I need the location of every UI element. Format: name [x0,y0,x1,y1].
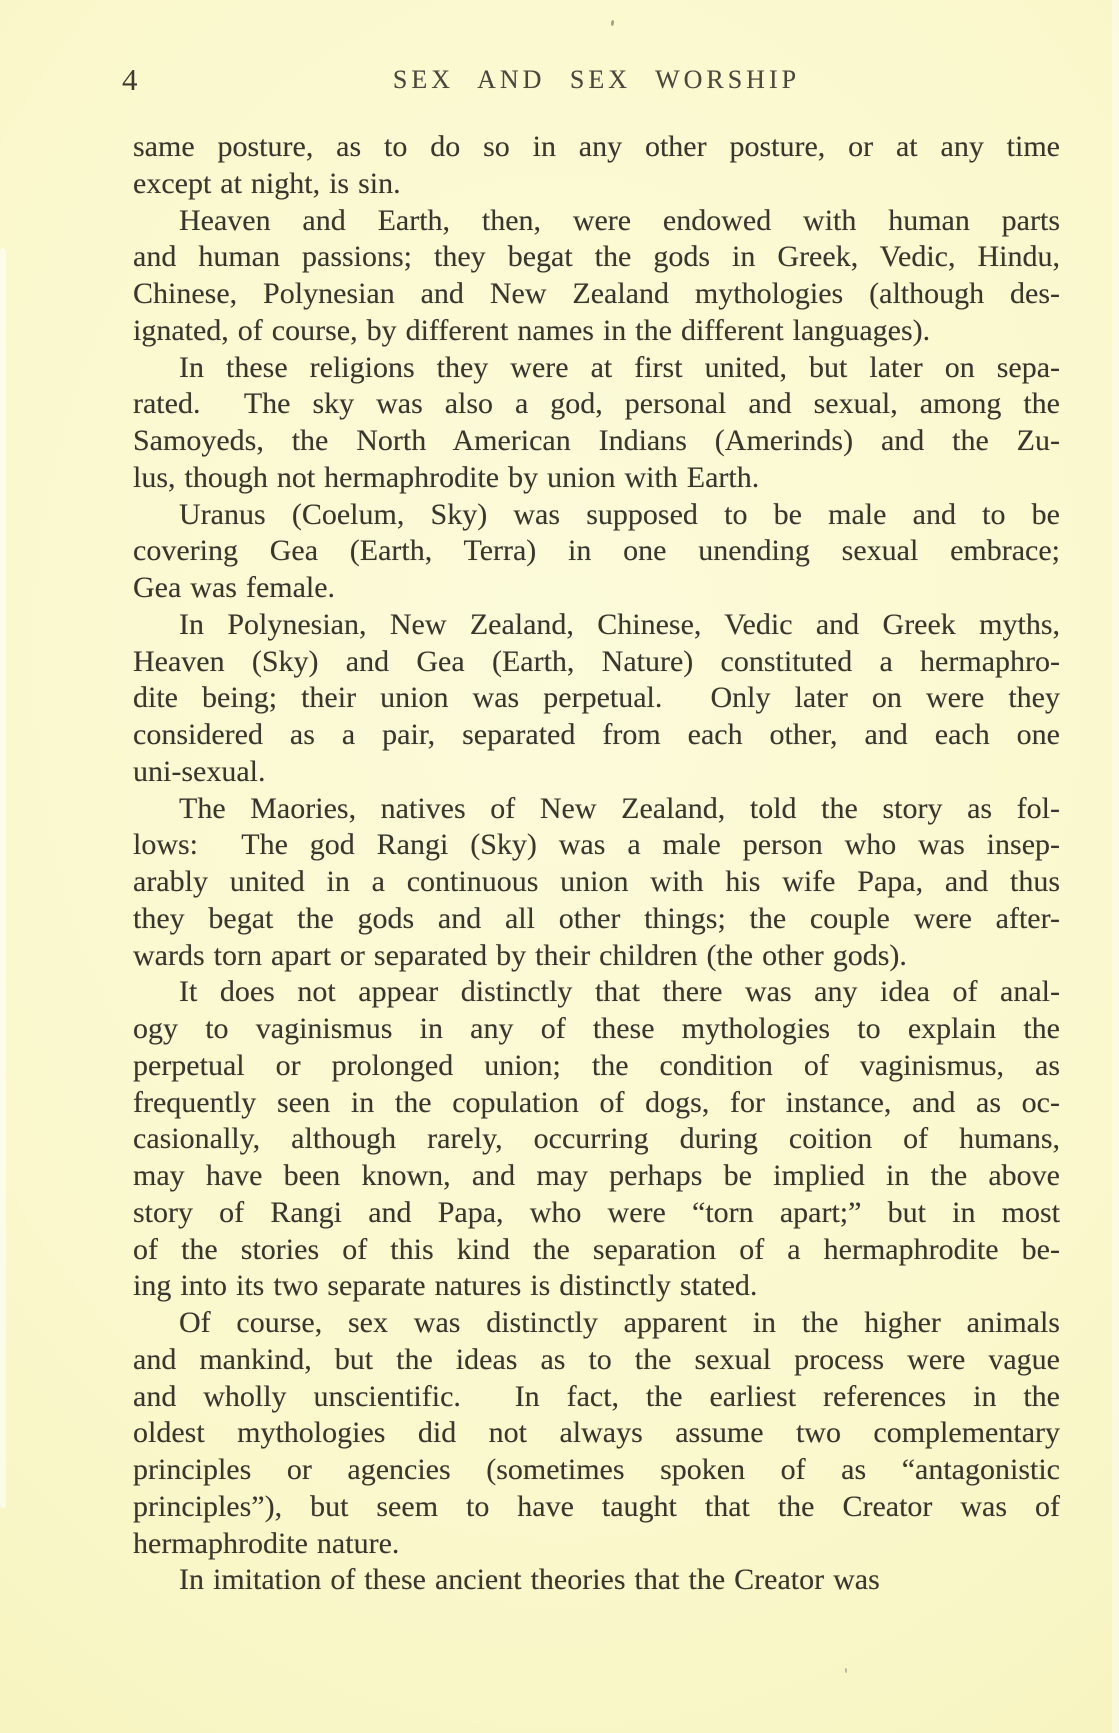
paragraph: Heaven and Earth, then, were endowed wit… [133,203,1060,350]
text-line: arably united in a continuous union with… [133,864,1060,901]
text-line: perpetual or prolonged union; the condit… [133,1048,1060,1085]
text-line: In these religions they were at first un… [133,350,1060,387]
paragraph: Uranus (Coelum, Sky) was supposed to be … [133,497,1060,607]
text-line: In Polynesian, New Zealand, Chinese, Ved… [133,607,1060,644]
text-line: Uranus (Coelum, Sky) was supposed to be … [133,497,1060,534]
text-line: same posture, as to do so in any other p… [133,129,1060,166]
text-line: In imitation of these ancient theories t… [133,1562,1060,1599]
text-line: lows: The god Rangi (Sky) was a male per… [133,827,1060,864]
text-line: ogy to vaginismus in any of these mythol… [133,1011,1060,1048]
text-line: wards torn apart or separated by their c… [133,938,1060,975]
text-line: Of course, sex was distinctly apparent i… [133,1305,1060,1342]
paragraph: same posture, as to do so in any other p… [133,129,1060,203]
text-block: same posture, as to do so in any other p… [133,129,1060,1599]
paragraph: The Maories, natives of New Zealand, tol… [133,791,1060,975]
text-line: Chinese, Polynesian and New Zealand myth… [133,276,1060,313]
paragraph: In Polynesian, New Zealand, Chinese, Ved… [133,607,1060,791]
text-line: principles or agencies (sometimes spoken… [133,1452,1060,1489]
text-line: except at night, is sin. [133,166,1060,203]
text-line: Heaven (Sky) and Gea (Earth, Nature) con… [133,644,1060,681]
text-line: Gea was female. [133,570,1060,607]
scan-speck [845,1668,848,1673]
paragraph: Of course, sex was distinctly apparent i… [133,1305,1060,1562]
scan-edge-artifact-right [1112,0,1119,1733]
text-line: of the stories of this kind the separati… [133,1232,1060,1269]
scan-edge-artifact-left [0,248,6,1508]
paragraph: In these religions they were at first un… [133,350,1060,497]
text-line: and mankind, but the ideas as to the sex… [133,1342,1060,1379]
text-line: oldest mythologies did not always assume… [133,1415,1060,1452]
text-line: rated. The sky was also a god, personal … [133,386,1060,423]
text-line: and wholly unscientific. In fact, the ea… [133,1379,1060,1416]
text-line: considered as a pair, separated from eac… [133,717,1060,754]
text-line: and human passions; they begat the gods … [133,239,1060,276]
page-header: 4 SEX AND SEX WORSHIP [133,62,1060,102]
text-line: may have been known, and may perhaps be … [133,1158,1060,1195]
text-line: ing into its two separate natures is dis… [133,1268,1060,1305]
text-line: lus, though not hermaphrodite by union w… [133,460,1060,497]
text-line: hermaphrodite nature. [133,1526,1060,1563]
text-line: Samoyeds, the North American Indians (Am… [133,423,1060,460]
text-line: ignated, of course, by different names i… [133,313,1060,350]
text-line: frequently seen in the copulation of dog… [133,1085,1060,1122]
text-line: story of Rangi and Papa, who were “torn … [133,1195,1060,1232]
text-line: covering Gea (Earth, Terra) in one unend… [133,533,1060,570]
text-line: casionally, although rarely, occurring d… [133,1121,1060,1158]
paragraph: It does not appear distinctly that there… [133,974,1060,1305]
scan-speck [611,20,615,26]
text-line: The Maories, natives of New Zealand, tol… [133,791,1060,828]
book-page-scan: 4 SEX AND SEX WORSHIP same posture, as t… [0,0,1119,1733]
text-line: principles”), but seem to have taught th… [133,1489,1060,1526]
text-line: dite being; their union was perpetual. O… [133,680,1060,717]
running-title: SEX AND SEX WORSHIP [133,65,1060,95]
text-line: Heaven and Earth, then, were endowed wit… [133,203,1060,240]
paragraph: In imitation of these ancient theories t… [133,1562,1060,1599]
text-line: It does not appear distinctly that there… [133,974,1060,1011]
text-line: uni-sexual. [133,754,1060,791]
text-line: they begat the gods and all other things… [133,901,1060,938]
